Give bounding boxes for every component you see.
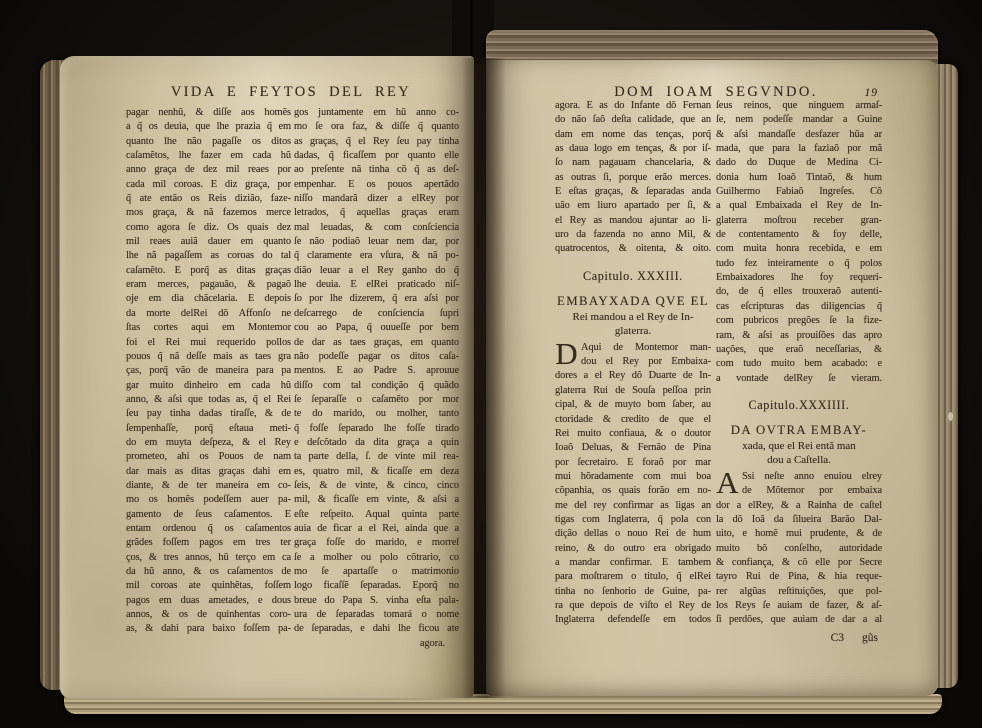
text-line: tudo fez inteiramente o q̃ polos (716, 257, 882, 271)
text-line: mos graça, & nã fazemos merce (126, 206, 291, 220)
text-line: uações, que eraõ neceſſarias, & (716, 343, 882, 357)
text-line: q̃ foſſe ſeparado lhe foſſe tirado (294, 422, 459, 436)
section-heading-line: Rei mandou a el Rey de In- (555, 310, 711, 324)
text-line: Aqui de Montemor man- (581, 341, 711, 355)
drop-cap: D (555, 341, 581, 368)
text-line: anno graça de dez mil reaes por (126, 163, 291, 177)
text-line: uito, e homẽ mui prudente, & de (716, 527, 882, 541)
text-line: ſeu pay tinha dadas tiraſſe, & de (126, 407, 291, 421)
text-line: quatrocentos, & oitenta, & oito. (555, 242, 711, 256)
text-line: ſi perdões, que auiam de dar a al (716, 613, 882, 627)
text-line: annos, & os de quinhentas coro- (126, 608, 291, 622)
text-line: dou el Rey por Embaixa- (581, 355, 711, 369)
text-line: a vontade delRey ſe vieram. (716, 372, 882, 386)
text-line: glaterra moſtrou receber gran- (716, 214, 882, 228)
text-line: mo os homẽs podeſſem auer pa- (126, 493, 291, 507)
text-line: de Mõtemor por embaixa (742, 484, 882, 498)
text-line: ſo por lhe dizerem, q̃ era aſsi por (294, 292, 459, 306)
right-column-2: ſeus reinos, que ninguem armaſ-ſe, nem p… (716, 99, 882, 646)
text-line: ſe, nem podeſſe mandar a Guine (716, 113, 882, 127)
text-line: niſſo mandarã dizer a elRey por (294, 192, 459, 206)
text-line: mil reaes auiã dauer em quanto (126, 235, 291, 249)
text-line: la dõ Ioã da ſilueira Barão Dal- (716, 513, 882, 527)
text-line: de contentamento & foy delle, (716, 228, 882, 242)
text-line: dadas, q̃ ficaſſem por quanto elle (294, 149, 459, 163)
text-line: dião leuar a el Rey ganho do q̃ (294, 264, 459, 278)
text-line: do em muyta deſpeza, & el Rey (126, 436, 291, 450)
text-line: dor a elRey, & a Rainha de caſtel (716, 499, 882, 513)
text-line: caſamẽtos, lhe fazer em cada hũ (126, 149, 291, 163)
text-line: rer algũas reſtituições, que pol- (716, 585, 882, 599)
text-line: mil coroas ate quinhẽtas, foſſem (126, 579, 291, 593)
text-line: logo ficaſſẽ ſeparadas. Eporq̃ no (294, 579, 459, 593)
text-line: Ioaõ Deluas, & Fernão de Pina (555, 441, 711, 455)
text-line: pouos q̃ nã deſſe mais as taes gra (126, 350, 291, 364)
text-line: com muita honra recebida, e em (716, 242, 882, 256)
text-line: da hũ anno, & os caſamentos de (126, 565, 291, 579)
text-line: dição dellas o nouo Rei de hum (555, 527, 711, 541)
text-line: gar muito dinheiro em cada hũ (126, 379, 291, 393)
text-line: diſſo com tal condição q̃ quãdo (294, 379, 459, 393)
text-line: de ſeparadas, e dahi lhe ficou ate (294, 622, 459, 636)
text-line: entam ordenou q̃ os caſamentos (126, 522, 291, 536)
text-line: caſamẽto. E porq̃ as ditas graças (126, 264, 291, 278)
text-line: prometeo, ahi os Pouos de nam (126, 450, 291, 464)
text-line: agora. E as do Infante dõ Fernan (555, 99, 711, 113)
text-line: e deſcõtado da dita graça a quin (294, 436, 459, 450)
text-line: donia hum Ioaõ Tintaõ, & hum (716, 171, 882, 185)
text-line: pagar nenhũ, & diſſe aos homẽs (126, 106, 291, 120)
text-line: Inglaterra defendeſſe em todos (555, 613, 711, 627)
text-line: Guilhermo Fabiaõ Ingreſes. Cõ (716, 185, 882, 199)
text-line: tayro Rui de Pina, & hia reque- (716, 570, 882, 584)
text-line: ta parte della, ſ. de vinte mil rea- (294, 450, 459, 464)
text-line: com pubricos pregões ſe la fize- (716, 314, 882, 328)
text-line: ſeus reinos, que ninguem armaſ- (716, 99, 882, 113)
chapter-label: Capitulo. XXXIII. (555, 269, 711, 284)
signature-mark: C3 (831, 630, 844, 646)
text-line: Rei muito confiaua, & o doutor (555, 427, 711, 441)
text-line: ſe não podiaõ leuar nem dar, por (294, 235, 459, 249)
text-line: mui hõradamente com mui boa (555, 470, 711, 484)
text-line: tigas com Inglaterra, q̃ pola con (555, 513, 711, 527)
text-line: mo ſe apartaſſe o matrimonio (294, 565, 459, 579)
text-line: el Rey as mandou ajuntar ao li- (555, 214, 711, 228)
text-line: do, de q̃ elles trouxeraõ autenti- (716, 285, 882, 299)
column-body: ſeus reinos, que ninguem armaſ-ſe, nem p… (716, 99, 882, 386)
text-line: com tudo muito bem acabado: e (716, 357, 882, 371)
text-line: graça foſſe do marido, e morreſ (294, 536, 459, 550)
text-line: gos juntamente em hũ anno co- (294, 106, 459, 120)
dropcap-paragraph: D Aqui de Montemor man-dou el Rey por Em… (555, 341, 711, 628)
text-line: E eſtas graças, & ſeparadas anda (555, 185, 711, 199)
text-line: cada mil coroas. E diz graça, por (126, 178, 291, 192)
text-line: as outras ſi, porque erão merces. (555, 171, 711, 185)
text-line: auia de ficar a el Rei, ainda que a (294, 522, 459, 536)
text-line: & aſsi mandaſſe desfazer hũa ar (716, 128, 882, 142)
text-line: glaterra Rui de Souſa peſſoa prin (555, 384, 711, 398)
column-body: Aqui de Montemor man-dou el Rey por Emba… (555, 341, 711, 628)
text-line: letrados, q̃ aquellas graças eram (294, 206, 459, 220)
text-line: ra que depois de viſto el Rey de (555, 599, 711, 613)
page-number: 19 (865, 87, 879, 99)
text-line: não podeſſe pagar os ditos caſa- (294, 350, 459, 364)
text-line: as, & dahi para baixo foſſem pa- (126, 622, 291, 636)
running-title-left: VIDA E FEYTOS DEL REY (118, 84, 464, 101)
text-line: breue do Papa S. vinha eſta pala- (294, 594, 459, 608)
text-line: uro da fazenda no anno Mil, & (555, 228, 711, 242)
text-line: quanto lhe não pagaſſe os ditos (126, 135, 291, 149)
section-heading-line: xada, que el Rei entã man (716, 439, 882, 453)
right-column-1: agora. E as do Infante dõ Fernando não ſ… (555, 99, 711, 628)
text-line: por ſecretairo. E foraõ por mar (555, 456, 711, 470)
text-line: eſte reſpeito. Aqual quinta parte (294, 508, 459, 522)
paper-speck (948, 412, 953, 421)
text-line: lhe nã pagaſſem as coroas do tal (126, 249, 291, 263)
text-line: te do marido, ou molher, tanto (294, 407, 459, 421)
text-line: muito bõ conſelho, autoridade (716, 542, 882, 556)
text-line: dar mais as ditas graças dahi em (126, 465, 291, 479)
text-line: gamento de ſeus caſamentos. E (126, 508, 291, 522)
book-spread: VIDA E FEYTOS DEL REY pagar nenhũ, & diſ… (0, 0, 982, 728)
page-edge-right (936, 64, 958, 688)
section-heading-line: dou a Caſtella. (716, 453, 882, 467)
text-line: reino, & do outro era obrigado (555, 542, 711, 556)
text-line: ſeis, & de vinte, & cinco, cinco (294, 479, 459, 493)
text-line: me del rey confirmar as ligas an (555, 499, 711, 513)
text-line: como agora ſe diz. Os quais dez (126, 221, 291, 235)
text-line: dam em nome das tenças, porq̃ (555, 128, 711, 142)
text-line: ſe ſeparaſſe o caſamẽto por mor (294, 393, 459, 407)
text-line: empenhar. E os pouos apertãdo (294, 178, 459, 192)
text-line: & confiança, & cõ elle por Secre (716, 556, 882, 570)
text-line: q̃ ate então os Reis dizião, faze- (126, 192, 291, 206)
text-line: eram merces, pagauão, & pagaõ (126, 278, 291, 292)
text-line: a q̃ os deuia, que lhe prazia q̃ em (126, 120, 291, 134)
text-line: ſo nam pagauam chancelaria, & (555, 156, 711, 170)
text-line: uão em liuro apartado per ſi, & (555, 199, 711, 213)
text-line: de dar as taes graças, em quanto (294, 336, 459, 350)
text-line: cõpanhia, os quais forão em no- (555, 484, 711, 498)
text-line: as daua logo em tenças, & por iſ- (555, 142, 711, 156)
text-line: es, quatro mil, & ficaſſe em deza (294, 465, 459, 479)
left-column-1: pagar nenhũ, & diſſe aos homẽsa q̃ os de… (126, 106, 291, 637)
column-body: agora. E as do Infante dõ Fernando não ſ… (555, 99, 711, 257)
text-line: grãdes foſſem pagos em tres ter (126, 536, 291, 550)
text-line: mal leuadas, & com conſciencia (294, 221, 459, 235)
text-line: ctoridade & credito de que el (555, 413, 711, 427)
text-line: dores a el Rey dõ Duarte de In- (555, 369, 711, 383)
drop-cap: A (716, 470, 742, 497)
text-line: mentos. E ao Padre S. aprouue (294, 364, 459, 378)
text-line: ſempenhaſſe, porq̃ eſtaua meti- (126, 422, 291, 436)
text-line: ura de ſeparadas tomará o nome (294, 608, 459, 622)
section-heading-line: glaterra. (555, 324, 711, 338)
text-line: do não ſaõ deſta calidade, que an (555, 113, 711, 127)
text-line: ças, porq̃ vão de maneira para pa (126, 364, 291, 378)
text-line: ao preſente nã tinha cõ q̃ as deſ- (294, 163, 459, 177)
dropcap-paragraph: A Ssi neſte anno enuiou elreyde Mõtemor … (716, 470, 882, 628)
text-line: Embaixadores lhe foy requeri- (716, 271, 882, 285)
text-line: los Reys ſe auiam de fazer, & aſ- (716, 599, 882, 613)
text-line: mil, & ficaſſe em vinte, & aſsi a (294, 493, 459, 507)
binding-gutter (462, 58, 506, 698)
text-line: cas eſcripturas das diligencias q̃ (716, 300, 882, 314)
text-line: ſtas cortes aqui em Montemor (126, 321, 291, 335)
text-line: agora. (294, 637, 459, 651)
signature-row: C3 gũs (716, 630, 882, 646)
catchword: gũs (862, 630, 878, 646)
text-line: as graças, q̃ el Rey ſeu pay tinha (294, 135, 459, 149)
section-heading-line: DA OVTRA EMBAY- (716, 422, 882, 439)
chapter-label: Capitulo.XXXIIII. (716, 398, 882, 413)
text-line: a mandar confirmar. E tambem (555, 556, 711, 570)
text-line: oje em dia chãcelaria. E depois (126, 292, 291, 306)
text-line: mada, que para la faziaõ por mã (716, 142, 882, 156)
text-line: dado do Duque de Medina Ci- (716, 156, 882, 170)
left-column-2: gos juntamente em hũ anno co-mo ſe ora f… (294, 106, 459, 651)
text-line: pagos em duas ametades, e dous (126, 594, 291, 608)
text-line: ſe a molher ou polo cõtrario, co (294, 551, 459, 565)
text-line: da morte delRei dõ Affonſo ne (126, 307, 291, 321)
text-line: foi el Rei mui requerido pollos (126, 336, 291, 350)
text-line: ços, & tres annos, hũ terço em ca (126, 551, 291, 565)
text-line: q̃ claramente era vſura, & nã po- (294, 249, 459, 263)
text-line: ram, & aſsi as prouiſões das apro (716, 329, 882, 343)
text-line: cipal, & de muyto bom ſaber, au (555, 398, 711, 412)
text-line: diante, & de ter maneira em co- (126, 479, 291, 493)
text-line: a qual Embaixada el Rey de In- (716, 199, 882, 213)
text-line: cou ao Papa, q̃ ouueſſe por bem (294, 321, 459, 335)
text-line: mo ſe ora faz, & diſſe q̃ quanto (294, 120, 459, 134)
text-line: para moſtrarem o titulo, q̃ elRei (555, 570, 711, 584)
text-line: Ssi neſte anno enuiou elrey (742, 470, 882, 484)
text-line: anno, & aſsi que todas as, q̃ el Rei (126, 393, 291, 407)
text-line: deſcarrego de conſciencia ſupri (294, 307, 459, 321)
text-line: lhe deuia. E elRei praticado niſ- (294, 278, 459, 292)
section-heading-line: EMBAYXADA QVE EL (555, 293, 711, 310)
text-line: tinha no ſenhorio de Guine, pa- (555, 585, 711, 599)
